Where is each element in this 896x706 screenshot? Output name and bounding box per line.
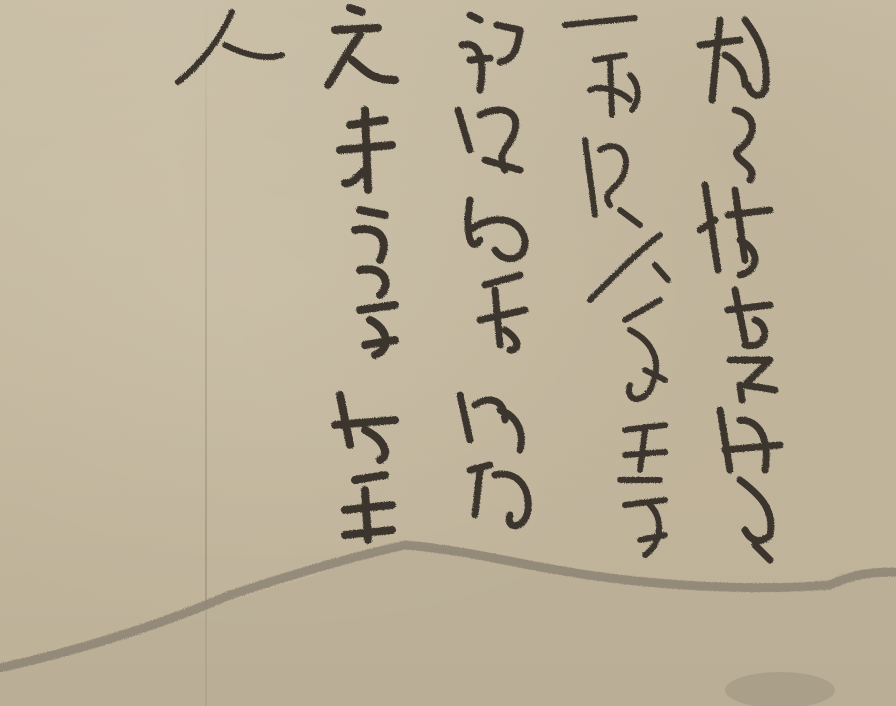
column-2 — [565, 18, 668, 555]
calligraphy-strokes — [178, 8, 780, 560]
column-1 — [700, 20, 780, 560]
column-3 — [458, 15, 528, 526]
column-4 — [328, 8, 395, 540]
ink-artwork — [0, 0, 896, 706]
calligraphy-painting: 梅花渡…酒處 一帘隨…萬里千 釣絲翻…似釣 元來…不見 人 — [0, 0, 896, 706]
column-5 — [178, 12, 282, 82]
